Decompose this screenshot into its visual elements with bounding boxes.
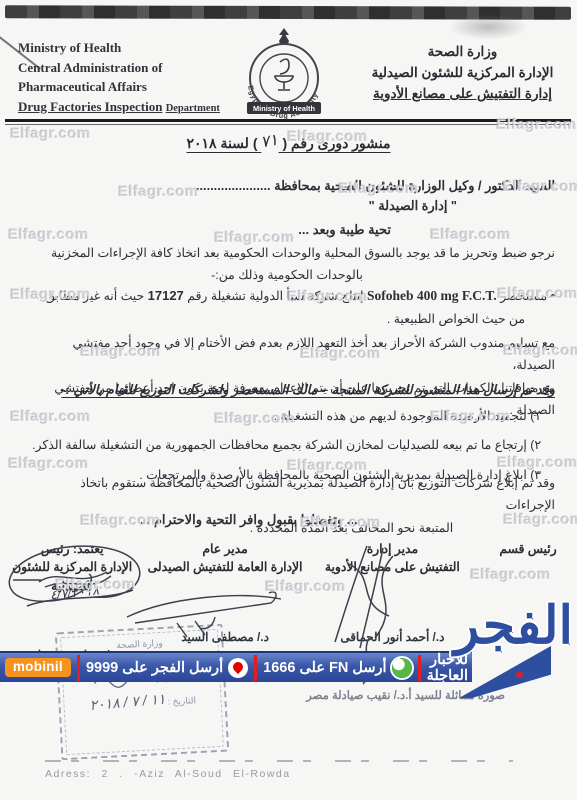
- list-item-2: ٢) إرتجاع ما تم بيعه للصيدليات لمخازن ال…: [28, 434, 541, 456]
- product-bullet: • مستحضر Sofoheb 400 mg F.C.T. إنتاج شرك…: [10, 284, 555, 308]
- header-rule-thin: [5, 124, 571, 125]
- product-bullet-line2: من حيث الخواص الطبيعية .: [387, 308, 525, 330]
- seal-icon: Egyptian Drug Authority Ministry of Heal…: [231, 26, 335, 122]
- vodafone-icon: [228, 658, 248, 678]
- admin-line2-en: Pharmaceutical Affairs: [18, 77, 243, 97]
- footer-address: Adress: 2 . -Aziz Al-Soud El-Rowda: [45, 768, 291, 780]
- department-line-en: Drug Factories Inspection Department: [18, 97, 243, 117]
- watermark-text: Elfagr.com: [430, 226, 511, 243]
- bullet-mid: إنتاج شركة سبأ الدولية تشغيلة رقم: [187, 289, 363, 303]
- news-ticker-bar: للأخبار العاجلة أرسل FN على 1666 أرسل ال…: [0, 651, 472, 682]
- watermark-text: Elfagr.com: [8, 226, 89, 243]
- ticker-sms-1666: أرسل FN على 1666: [263, 660, 386, 676]
- letterhead-english: Ministry of Health Central Administratio…: [18, 38, 243, 116]
- paragraph-2-line1: مع تسليم مندوب الشركة الأحراز بعد أخذ ال…: [28, 332, 555, 377]
- etisalat-icon: [392, 658, 412, 678]
- ticker-segment-etisalat: أرسل FN على 1666: [263, 658, 411, 678]
- bullet-dot: •: [551, 289, 555, 303]
- scan-blotch: [448, 14, 528, 40]
- footer-dashed-line: [45, 760, 513, 762]
- elfagr-logo-red-dot: [516, 671, 523, 678]
- seal-banner-text: Ministry of Health: [253, 104, 315, 113]
- ticker-segment-vodafone: أرسل الفجر على 9999: [86, 658, 248, 678]
- role-general-manager-dept: الإدارة العامة للتفتيش الصيدلى: [144, 558, 306, 576]
- stamp-date-label: التاريخ :: [167, 695, 196, 706]
- department-line-ar: إدارة التفتيش على مصانع الأدوية: [360, 84, 565, 105]
- mobinil-badge: mobinil: [5, 658, 71, 677]
- list-item-1: ١) لتجميد الأرصدة الموجودة لديهم من هذه …: [28, 405, 541, 427]
- ticker-separator: [418, 655, 421, 681]
- product-name-latin: Sofoheb 400 mg F.C.T.: [367, 288, 497, 303]
- ministry-line-ar: وزارة الصحة: [360, 42, 565, 63]
- admin-line1-en: Central Administration of: [18, 58, 243, 78]
- ministry-line-en: Ministry of Health: [18, 38, 243, 58]
- ticker-segment-mobinil: mobinil رسالة فاضية لـ 4529: [0, 658, 71, 677]
- paragraph-1-line1: نرجو ضبط وتحريز ما قد يوجد بالسوق المحلي…: [28, 242, 555, 264]
- title-suffix: ) لسنة ٢٠١٨: [186, 135, 257, 151]
- bullet-tail: حيث أنه غير مطابق: [45, 289, 144, 303]
- closing-salutation: ... وتفضلوا بقبول وافر التحية والاحترام …: [0, 512, 537, 528]
- greeting-line: تحية طيبة وبعد ...: [298, 222, 391, 238]
- ticker-separator: [254, 655, 257, 681]
- eagle-icon: [279, 28, 289, 44]
- signature-scribble-rasha: [0, 542, 149, 626]
- role-section-head: رئيس قسم: [479, 540, 577, 558]
- addressee-line: السيد الدكتور / وكيل الوزارة للشئون الصح…: [135, 176, 555, 196]
- paragraph-1: نرجو ضبط وتحريز ما قد يوجد بالسوق المحلي…: [28, 242, 555, 287]
- circular-title: منشور دورى رقم ( ٧١ ) لسنة ٢٠١٨: [0, 133, 577, 153]
- pharmacy-admin-line: " إدارة الصيدلة ": [135, 196, 457, 216]
- title-number-handwritten: ٧١: [259, 130, 279, 153]
- ticker-separator: [77, 655, 80, 681]
- role-general-manager: مدير عام: [144, 540, 306, 558]
- letterhead-arabic: وزارة الصحة الإدارة المركزية للشئون الصي…: [360, 42, 565, 105]
- addressee-block: السيد الدكتور / وكيل الوزارة للشئون الصح…: [135, 176, 555, 217]
- scanned-circular-page: Ministry of Health Central Administratio…: [0, 0, 577, 800]
- admin-line-ar: الإدارة المركزية للشئون الصيدلية: [360, 63, 565, 84]
- header-rule-thick: [5, 119, 571, 122]
- paragraph-3-line1: وقد تم إبلاغ شركات التوزيع بأن إدارة الص…: [28, 472, 555, 517]
- ticker-sms-9999: أرسل الفجر على 9999: [86, 660, 223, 676]
- bowl-of-hygieia-icon: [275, 59, 293, 90]
- paragraph-3: وقد تم إبلاغ شركات التوزيع بأن إدارة الص…: [28, 472, 555, 539]
- elfagr-logo-text: الفجر: [454, 596, 573, 656]
- bullet-lead: مستحضر: [500, 289, 547, 303]
- batch-number: 17127: [148, 288, 184, 303]
- egyptian-drug-authority-seal: Egyptian Drug Authority Ministry of Heal…: [231, 26, 335, 127]
- title-prefix: منشور دورى رقم (: [282, 135, 390, 151]
- instructions-heading: وقد تم إرسال هذا المنشور للشركة المنتجة …: [28, 382, 555, 398]
- elfagr-logo: الفجر: [457, 610, 577, 702]
